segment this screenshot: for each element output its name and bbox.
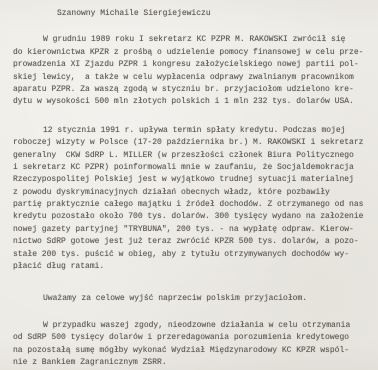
letter-page: Szanowny Michaile Siergiejewiczu W grudn… [0, 0, 378, 370]
text-line: od SdRP 500 tysięcy dolarów i przeredago… [13, 332, 372, 344]
text-line: W przypadku waszej zgody, nieodzowne dzi… [13, 320, 372, 332]
paragraph-2: 12 stycznia 1991 r. upływa termin spłaty… [13, 125, 372, 274]
text-line: prowadzenia XI Zjazdu PZPR i kongresu za… [13, 59, 372, 71]
text-line: nowej gazety partyjnej "TRYBUNA", 200 ty… [13, 224, 372, 236]
text-line: stałe 200 tys. puścić w obieg, aby z tyt… [13, 249, 372, 261]
text-line: roboczej wizyty w Polsce (17-20 paździer… [13, 137, 372, 149]
text-line: Rzeczypospolitej Polskiej jest w wyjątko… [13, 174, 372, 186]
paragraph-4: W przypadku waszej zgody, nieodzowne dzi… [13, 320, 372, 370]
text-line: z powodu dyskryminacyjnych działań obecn… [13, 187, 372, 199]
text-line: nie z Bankiem Zagranicznym ZSRR. [13, 357, 372, 369]
text-line: dytu w wysokości 500 mln złotych polskic… [13, 96, 372, 108]
paragraph-1: W grudniu 1989 roku I sekretarz KC PZPR … [13, 34, 372, 108]
text-line: Uważamy za celowe wyjść naprzeciw polski… [13, 293, 372, 305]
text-line: aparatu PZPR. Za waszą zgodą w styczniu … [13, 84, 372, 96]
text-line: partię praktycznie całego majątku i źród… [13, 199, 372, 211]
text-line: na pozostałą sumę mógłby wykonać Wydział… [13, 345, 372, 357]
text-line: W grudniu 1989 roku I sekretarz KC PZPR … [13, 34, 372, 46]
text-line: płacić dług ratami. [13, 261, 372, 273]
paragraph-3: Uważamy za celowe wyjść naprzeciw polski… [13, 293, 372, 305]
text-line: generalny CKW SdRP L. MILLER (w przeszło… [13, 150, 372, 162]
text-line: nictwo SdRP gotowe jest już teraz zwróci… [13, 236, 372, 248]
text-line: skiej lewicy, a także w celu wypłacenia … [13, 72, 372, 84]
text-line: kredytu pozostało około 700 tys. dolarów… [13, 211, 372, 223]
salutation: Szanowny Michaile Siergiejewiczu [57, 8, 372, 20]
text-line: do kierownictwa KPZR z prośbą o udzielen… [13, 47, 372, 59]
text-line: 12 stycznia 1991 r. upływa termin spłaty… [13, 125, 372, 137]
text-line: i sekretarz KC PZPR) poinformowali mnie … [13, 162, 372, 174]
